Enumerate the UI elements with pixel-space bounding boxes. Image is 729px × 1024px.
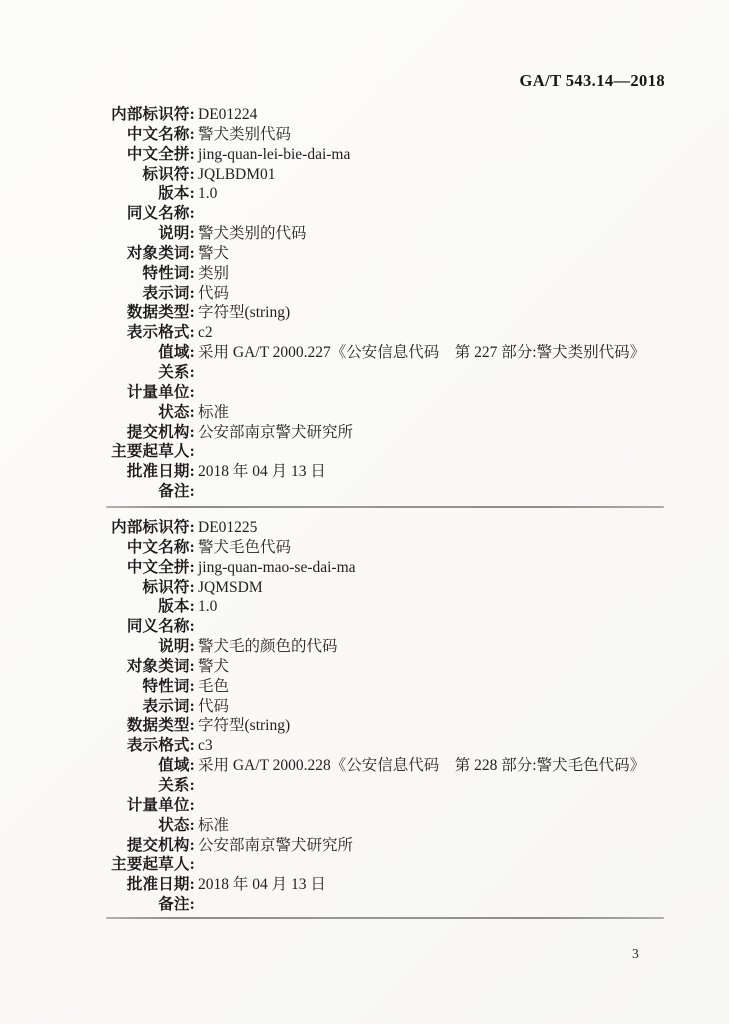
field-value: 代码 xyxy=(195,697,229,717)
field-row-identifier: 标识符:JQMSDM xyxy=(109,578,669,598)
field-label: 状态: xyxy=(109,816,195,836)
document-page: GA/T 543.14—2018 内部标识符:DE01224 中文名称:警犬类别… xyxy=(0,0,729,1024)
field-value: 公安部南京警犬研究所 xyxy=(195,423,353,443)
field-value: jing-quan-lei-bie-dai-ma xyxy=(195,145,350,165)
field-row-submitting-org: 提交机构:公安部南京警犬研究所 xyxy=(109,836,669,856)
field-row-object-class: 对象类词:警犬 xyxy=(109,244,669,264)
field-row-description: 说明:警犬类别的代码 xyxy=(109,224,669,244)
field-label: 数据类型: xyxy=(109,303,195,323)
field-row-representation-format: 表示格式:c3 xyxy=(109,736,669,756)
field-row-relation: 关系: xyxy=(109,776,669,796)
field-row-version: 版本:1.0 xyxy=(109,597,669,617)
field-value: 毛色 xyxy=(195,677,229,697)
field-label: 中文全拼: xyxy=(109,558,195,578)
field-value: 警犬类别代码 xyxy=(195,125,291,145)
field-value xyxy=(195,383,198,403)
record-divider xyxy=(106,917,664,919)
field-row-internal-identifier: 内部标识符:DE01225 xyxy=(109,518,669,538)
field-label: 对象类词: xyxy=(109,244,195,264)
field-value: 标准 xyxy=(195,816,229,836)
field-label: 表示格式: xyxy=(109,736,195,756)
field-value: 代码 xyxy=(195,284,229,304)
field-label: 内部标识符: xyxy=(109,105,195,125)
field-value: 警犬 xyxy=(195,657,229,677)
field-row-status: 状态:标准 xyxy=(109,403,669,423)
field-row-value-domain: 值域:采用 GA/T 2000.227《公安信息代码 第 227 部分:警犬类别… xyxy=(109,343,669,363)
field-label: 同义名称: xyxy=(109,204,195,224)
field-label: 特性词: xyxy=(109,677,195,697)
field-value: 警犬毛的颜色的代码 xyxy=(195,637,338,657)
field-row-internal-identifier: 内部标识符:DE01224 xyxy=(109,105,669,125)
field-value: 警犬类别的代码 xyxy=(195,224,307,244)
field-label: 计量单位: xyxy=(109,383,195,403)
field-label: 计量单位: xyxy=(109,796,195,816)
field-row-synonym: 同义名称: xyxy=(109,617,669,637)
field-row-pinyin: 中文全拼:jing-quan-mao-se-dai-ma xyxy=(109,558,669,578)
field-label: 表示词: xyxy=(109,284,195,304)
field-value xyxy=(195,204,198,224)
field-label: 版本: xyxy=(109,184,195,204)
field-value xyxy=(195,482,198,502)
field-row-remarks: 备注: xyxy=(109,895,669,915)
field-value xyxy=(195,363,198,383)
field-value xyxy=(195,895,198,915)
field-label: 提交机构: xyxy=(109,836,195,856)
field-label: 备注: xyxy=(109,895,195,915)
field-row-remarks: 备注: xyxy=(109,482,669,502)
field-label: 值域: xyxy=(109,756,195,776)
field-row-chinese-name: 中文名称:警犬毛色代码 xyxy=(109,538,669,558)
field-value: JQLBDM01 xyxy=(195,165,276,185)
field-row-submitting-org: 提交机构:公安部南京警犬研究所 xyxy=(109,423,669,443)
field-row-main-drafters: 主要起草人: xyxy=(109,442,669,462)
field-label: 主要起草人: xyxy=(109,442,195,462)
field-row-property-word: 特性词:类别 xyxy=(109,264,669,284)
field-row-property-word: 特性词:毛色 xyxy=(109,677,669,697)
field-value xyxy=(195,617,198,637)
page-number: 3 xyxy=(632,946,639,962)
field-row-pinyin: 中文全拼:jing-quan-lei-bie-dai-ma xyxy=(109,145,669,165)
data-element-record-de01224: 内部标识符:DE01224 中文名称:警犬类别代码 中文全拼:jing-quan… xyxy=(109,105,669,502)
field-row-value-domain: 值域:采用 GA/T 2000.228《公安信息代码 第 228 部分:警犬毛色… xyxy=(109,756,669,776)
field-row-unit: 计量单位: xyxy=(109,796,669,816)
field-label: 内部标识符: xyxy=(109,518,195,538)
field-value: DE01224 xyxy=(195,105,257,125)
field-row-object-class: 对象类词:警犬 xyxy=(109,657,669,677)
field-value xyxy=(195,855,198,875)
field-label: 中文名称: xyxy=(109,125,195,145)
field-value: 类别 xyxy=(195,264,229,284)
field-row-representation-format: 表示格式:c2 xyxy=(109,323,669,343)
field-value: 1.0 xyxy=(195,597,217,617)
field-row-relation: 关系: xyxy=(109,363,669,383)
field-label: 说明: xyxy=(109,224,195,244)
field-label: 数据类型: xyxy=(109,716,195,736)
field-label: 提交机构: xyxy=(109,423,195,443)
field-value xyxy=(195,796,198,816)
field-label: 状态: xyxy=(109,403,195,423)
field-row-data-type: 数据类型:字符型(string) xyxy=(109,716,669,736)
field-value: jing-quan-mao-se-dai-ma xyxy=(195,558,356,578)
field-label: 关系: xyxy=(109,363,195,383)
field-value: 2018 年 04 月 13 日 xyxy=(195,875,326,895)
field-value: DE01225 xyxy=(195,518,257,538)
field-value: 字符型(string) xyxy=(195,303,290,323)
field-row-representation-word: 表示词:代码 xyxy=(109,284,669,304)
field-label: 标识符: xyxy=(109,165,195,185)
field-label: 表示格式: xyxy=(109,323,195,343)
field-label: 备注: xyxy=(109,482,195,502)
field-value: 2018 年 04 月 13 日 xyxy=(195,462,326,482)
field-label: 同义名称: xyxy=(109,617,195,637)
field-value: 公安部南京警犬研究所 xyxy=(195,836,353,856)
field-value: c3 xyxy=(195,736,213,756)
field-row-data-type: 数据类型:字符型(string) xyxy=(109,303,669,323)
field-value: 标准 xyxy=(195,403,229,423)
field-label: 批准日期: xyxy=(109,875,195,895)
field-label: 版本: xyxy=(109,597,195,617)
field-label: 关系: xyxy=(109,776,195,796)
field-label: 说明: xyxy=(109,637,195,657)
field-label: 值域: xyxy=(109,343,195,363)
field-label: 批准日期: xyxy=(109,462,195,482)
field-label: 中文名称: xyxy=(109,538,195,558)
standard-number-header: GA/T 543.14—2018 xyxy=(520,71,665,91)
field-row-identifier: 标识符:JQLBDM01 xyxy=(109,165,669,185)
field-row-unit: 计量单位: xyxy=(109,383,669,403)
field-row-chinese-name: 中文名称:警犬类别代码 xyxy=(109,125,669,145)
field-row-approval-date: 批准日期:2018 年 04 月 13 日 xyxy=(109,462,669,482)
field-row-description: 说明:警犬毛的颜色的代码 xyxy=(109,637,669,657)
field-row-status: 状态:标准 xyxy=(109,816,669,836)
field-value: 字符型(string) xyxy=(195,716,290,736)
field-value: 1.0 xyxy=(195,184,217,204)
field-value xyxy=(195,442,198,462)
field-row-synonym: 同义名称: xyxy=(109,204,669,224)
field-label: 主要起草人: xyxy=(109,855,195,875)
field-value: 采用 GA/T 2000.227《公安信息代码 第 227 部分:警犬类别代码》 xyxy=(195,343,645,363)
field-value xyxy=(195,776,198,796)
field-value: 采用 GA/T 2000.228《公安信息代码 第 228 部分:警犬毛色代码》 xyxy=(195,756,645,776)
field-label: 表示词: xyxy=(109,697,195,717)
field-value: c2 xyxy=(195,323,213,343)
field-value: JQMSDM xyxy=(195,578,263,598)
field-label: 特性词: xyxy=(109,264,195,284)
field-row-approval-date: 批准日期:2018 年 04 月 13 日 xyxy=(109,875,669,895)
field-label: 对象类词: xyxy=(109,657,195,677)
field-row-representation-word: 表示词:代码 xyxy=(109,697,669,717)
field-value: 警犬毛色代码 xyxy=(195,538,291,558)
record-divider xyxy=(106,506,664,508)
field-value: 警犬 xyxy=(195,244,229,264)
field-row-main-drafters: 主要起草人: xyxy=(109,855,669,875)
field-row-version: 版本:1.0 xyxy=(109,184,669,204)
data-element-record-de01225: 内部标识符:DE01225 中文名称:警犬毛色代码 中文全拼:jing-quan… xyxy=(109,518,669,915)
field-label: 中文全拼: xyxy=(109,145,195,165)
field-label: 标识符: xyxy=(109,578,195,598)
